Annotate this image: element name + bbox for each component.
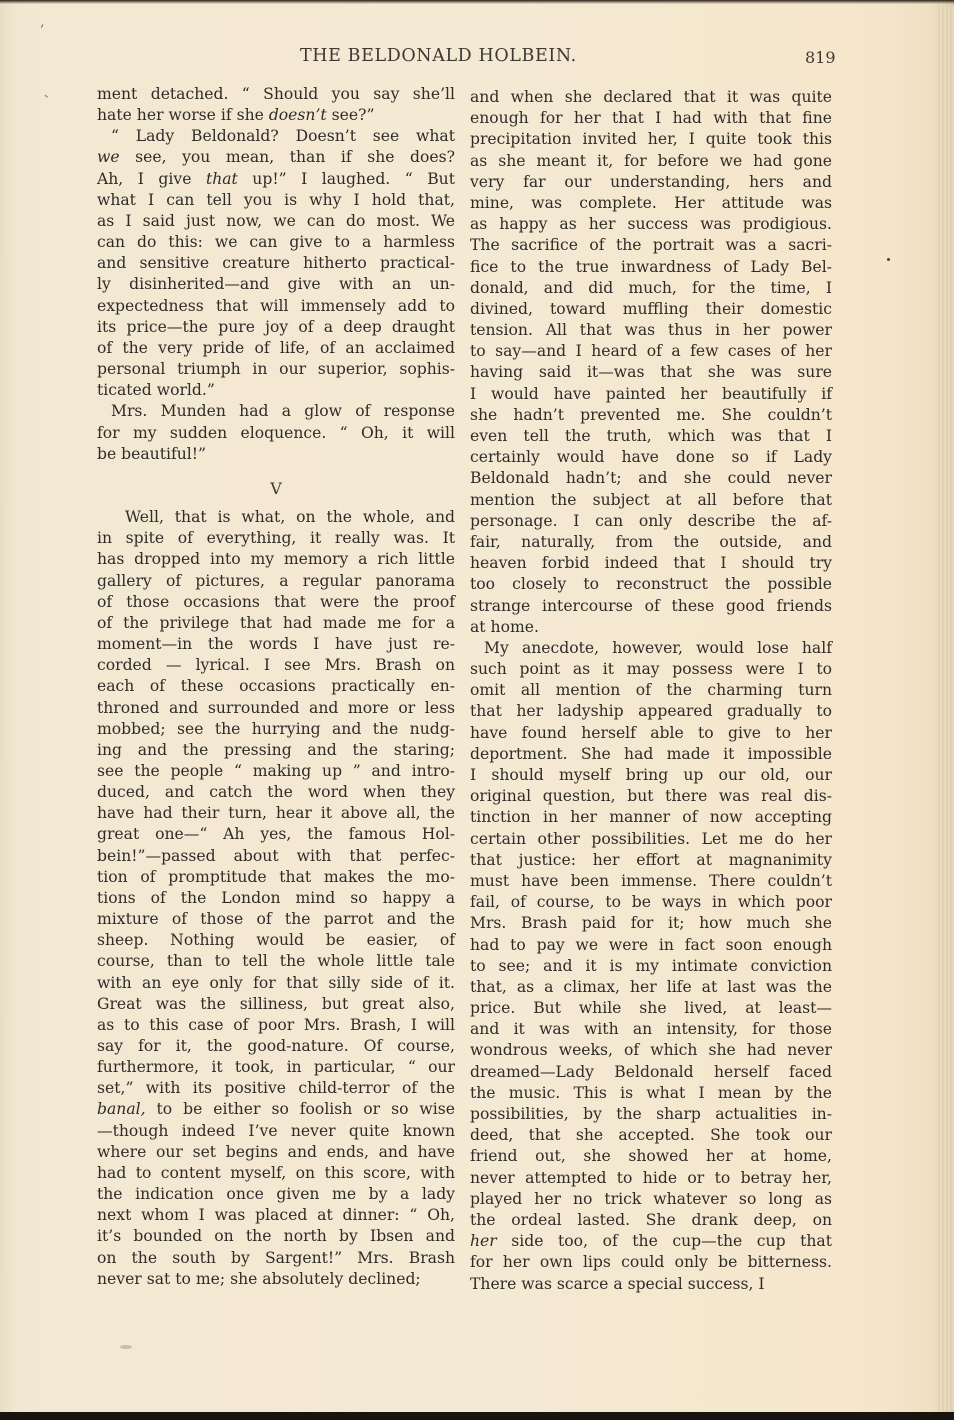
- text-line: what I can tell you is why I hold that,: [97, 190, 455, 211]
- text-line: it’s bounded on the north by Ibsen and: [97, 1226, 455, 1247]
- text-line: each of these occasions practically en-: [97, 676, 455, 697]
- left-column: ment detached. “ Should you say she’llha…: [97, 84, 455, 1290]
- text-line: hate her worse if she doesn’t see?”: [97, 105, 455, 126]
- text-line: tinction in her manner of now accepting: [470, 807, 832, 828]
- text-line: see the people “ making up ” and intro-: [97, 761, 455, 782]
- text-line: course, than to tell the whole little ta…: [97, 951, 455, 972]
- text-line: very far our understanding, hers and: [470, 172, 832, 193]
- text-line: deed, that she accepted. She took our: [470, 1125, 832, 1146]
- text-line: where our set begins and ends, and have: [97, 1142, 455, 1163]
- text-line: throned and surrounded and more or less: [97, 698, 455, 719]
- text-line: the music. This is what I mean by the: [470, 1083, 832, 1104]
- text-line: tion of promptitude that makes the mo-: [97, 867, 455, 888]
- text-line: such point as it may possess were I to: [470, 659, 832, 680]
- text-line: personal triumph in our superior, sophis…: [97, 359, 455, 380]
- text-line: strange intercourse of these good friend…: [470, 596, 832, 617]
- right-column: and when she declared that it was quitee…: [470, 87, 832, 1295]
- text-line: and when she declared that it was quite: [470, 87, 832, 108]
- text-line: fice to the true inwardness of Lady Bel-: [470, 257, 832, 278]
- paragraph: “ Lady Beldonald? Doesn’t see whatwe see…: [97, 126, 455, 401]
- text-line: great one—“ Ah yes, the famous Hol-: [97, 824, 455, 845]
- text-line: —though indeed I’ve never quite known: [97, 1121, 455, 1142]
- scan-bottom-edge: [0, 1412, 954, 1420]
- text-line: be beautiful!”: [97, 444, 455, 465]
- text-line: on the south by Sargent!” Mrs. Brash: [97, 1248, 455, 1269]
- text-line: ing and the pressing and the staring;: [97, 740, 455, 761]
- text-line: Mrs. Munden had a glow of response: [97, 401, 455, 422]
- text-line: certainly would have done so if Lady: [470, 447, 832, 468]
- text-line: mine, was complete. Her attitude was: [470, 193, 832, 214]
- text-line: even tell the truth, which was that I: [470, 426, 832, 447]
- book-page: ‚ - THE BELDONALD HOLBEIN. 819 ment deta…: [0, 0, 954, 1412]
- text-line: donald, and did much, for the time, I: [470, 278, 832, 299]
- text-line: set,” with its positive child-terror of …: [97, 1078, 455, 1099]
- text-line: friend out, she showed her at home,: [470, 1146, 832, 1167]
- text-line: moment—in the words I have just re-: [97, 634, 455, 655]
- text-line: as I said just now, we can do most. We: [97, 211, 455, 232]
- text-line: she hadn’t prevented me. She couldn’t: [470, 405, 832, 426]
- text-line: in spite of everything, it really was. I…: [97, 528, 455, 549]
- text-line: Great was the silliness, but great also,: [97, 994, 455, 1015]
- text-line: furthermore, it took, in particular, “ o…: [97, 1057, 455, 1078]
- paragraph: and when she declared that it was quitee…: [470, 87, 832, 638]
- text-line: had to pay we were in fact soon enough: [470, 935, 832, 956]
- text-line: I would have painted her beautifully if: [470, 384, 832, 405]
- text-line: and it was with an intensity, for those: [470, 1019, 832, 1040]
- running-header: THE BELDONALD HOLBEIN.: [300, 46, 780, 66]
- text-line: precipitation invited her, I quite took …: [470, 129, 832, 150]
- paper-speck: [887, 258, 890, 261]
- text-line: Well, that is what, on the whole, and: [97, 507, 455, 528]
- text-line: the indication once given me by a lady: [97, 1184, 455, 1205]
- text-line: at home.: [470, 617, 832, 638]
- text-line: expectedness that will immensely add to: [97, 296, 455, 317]
- text-line: too closely to reconstruct the possible: [470, 574, 832, 595]
- text-line: as she meant it, for before we had gone: [470, 151, 832, 172]
- text-line: deportment. She had made it impossible: [470, 744, 832, 765]
- text-line: The sacrifice of the portrait was a sacr…: [470, 235, 832, 256]
- text-line: price. But while she lived, at least—: [470, 998, 832, 1019]
- text-line: having said it—was that she was sure: [470, 362, 832, 383]
- text-line: divined, toward muffling their domestic: [470, 299, 832, 320]
- text-line: that, as a climax, her life at last was …: [470, 977, 832, 998]
- text-line: played her no trick whatever so long as: [470, 1189, 832, 1210]
- text-line: There was scarce a special success, I: [470, 1274, 832, 1295]
- text-line: bein!”—passed about with that perfec-: [97, 846, 455, 867]
- text-line: gallery of pictures, a regular panorama: [97, 571, 455, 592]
- text-line: of those occasions that were the proof: [97, 592, 455, 613]
- text-line: tension. All that was thus in her power: [470, 320, 832, 341]
- text-line: and sensitive creature hitherto practica…: [97, 253, 455, 274]
- text-line: have had their turn, hear it above all, …: [97, 803, 455, 824]
- text-line: the ordeal lasted. She drank deep, on: [470, 1210, 832, 1231]
- text-line: fail, of course, to be ways in which poo…: [470, 892, 832, 913]
- text-line: certain other possibilities. Let me do h…: [470, 829, 832, 850]
- text-line: ly disinherited—and give with an un-: [97, 274, 455, 295]
- text-line: tions of the London mind so happy a: [97, 888, 455, 909]
- text-line: of the privilege that had made me for a: [97, 613, 455, 634]
- text-line: can do this: we can give to a harmless: [97, 232, 455, 253]
- text-line: personage. I can only describe the af-: [470, 511, 832, 532]
- text-line: next whom I was placed at dinner: “ Oh,: [97, 1205, 455, 1226]
- paragraph: Well, that is what, on the whole, andin …: [97, 507, 455, 1290]
- text-line: fair, naturally, from the outside, and: [470, 532, 832, 553]
- text-line: enough for her that I had with that fine: [470, 108, 832, 129]
- section-heading: V: [97, 465, 455, 507]
- page-stack-edge: [936, 6, 954, 1410]
- text-line: have found herself able to give to her: [470, 723, 832, 744]
- text-line: as happy as her success was prodigious.: [470, 214, 832, 235]
- paragraph: Mrs. Munden had a glow of responsefor my…: [97, 401, 455, 464]
- paper-stain: [120, 1345, 132, 1349]
- text-line: wondrous weeks, of which she had never: [470, 1040, 832, 1061]
- text-line: with an eye only for that silly side of …: [97, 973, 455, 994]
- text-line: mention the subject at all before that: [470, 490, 832, 511]
- text-line: dreamed—Lady Beldonald herself faced: [470, 1062, 832, 1083]
- text-line: Ah, I give that up!” I laughed. “ But: [97, 169, 455, 190]
- text-line: duced, and catch the word when they: [97, 782, 455, 803]
- text-line: banal, to be either so foolish or so wis…: [97, 1099, 455, 1120]
- text-line: to say—and I heard of a few cases of her: [470, 341, 832, 362]
- scan-top-shadow: [0, 0, 954, 4]
- text-line: “ Lady Beldonald? Doesn’t see what: [97, 126, 455, 147]
- text-line: omit all mention of the charming turn: [470, 680, 832, 701]
- margin-dash-mark: -: [39, 88, 53, 103]
- text-line: ticated world.”: [97, 380, 455, 401]
- text-line: her side too, of the cup—the cup that: [470, 1231, 832, 1252]
- text-line: Beldonald hadn’t; and she could never: [470, 468, 832, 489]
- text-line: say for it, the good-nature. Of course,: [97, 1036, 455, 1057]
- text-line: possibilities, by the sharp actualities …: [470, 1104, 832, 1125]
- text-line: never sat to me; she absolutely declined…: [97, 1269, 455, 1290]
- text-line: never attempted to hide or to betray her…: [470, 1168, 832, 1189]
- text-line: to see; and it is my intimate conviction: [470, 956, 832, 977]
- paragraph: ment detached. “ Should you say she’llha…: [97, 84, 455, 126]
- margin-pencil-mark: ‚: [40, 14, 44, 30]
- text-line: Mrs. Brash paid for it; how much she: [470, 913, 832, 934]
- text-line: mobbed; see the hurrying and the nudg-: [97, 719, 455, 740]
- text-line: I should myself bring up our old, our: [470, 765, 832, 786]
- text-line: My anecdote, however, would lose half: [470, 638, 832, 659]
- text-line: corded — lyrical. I see Mrs. Brash on: [97, 655, 455, 676]
- text-line: mixture of those of the parrot and the: [97, 909, 455, 930]
- text-line: that her ladyship appeared gradually to: [470, 701, 832, 722]
- text-line: ment detached. “ Should you say she’ll: [97, 84, 455, 105]
- text-line: must have been immense. There couldn’t: [470, 871, 832, 892]
- paragraph: My anecdote, however, would lose halfsuc…: [470, 638, 832, 1295]
- text-line: had to content myself, on this score, wi…: [97, 1163, 455, 1184]
- text-line: of the very pride of life, of an acclaim…: [97, 338, 455, 359]
- text-line: sheep. Nothing would be easier, of: [97, 930, 455, 951]
- text-line: we see, you mean, than if she does?: [97, 147, 455, 168]
- text-line: has dropped into my memory a rich little: [97, 549, 455, 570]
- text-line: for her own lips could only be bitternes…: [470, 1252, 832, 1273]
- text-line: that justice: her effort at magnanimity: [470, 850, 832, 871]
- page-number: 819: [805, 48, 836, 67]
- text-line: heaven forbid indeed that I should try: [470, 553, 832, 574]
- text-line: as to this case of poor Mrs. Brash, I wi…: [97, 1015, 455, 1036]
- text-line: for my sudden eloquence. “ Oh, it will: [97, 423, 455, 444]
- text-line: original question, but there was real di…: [470, 786, 832, 807]
- text-line: its price—the pure joy of a deep draught: [97, 317, 455, 338]
